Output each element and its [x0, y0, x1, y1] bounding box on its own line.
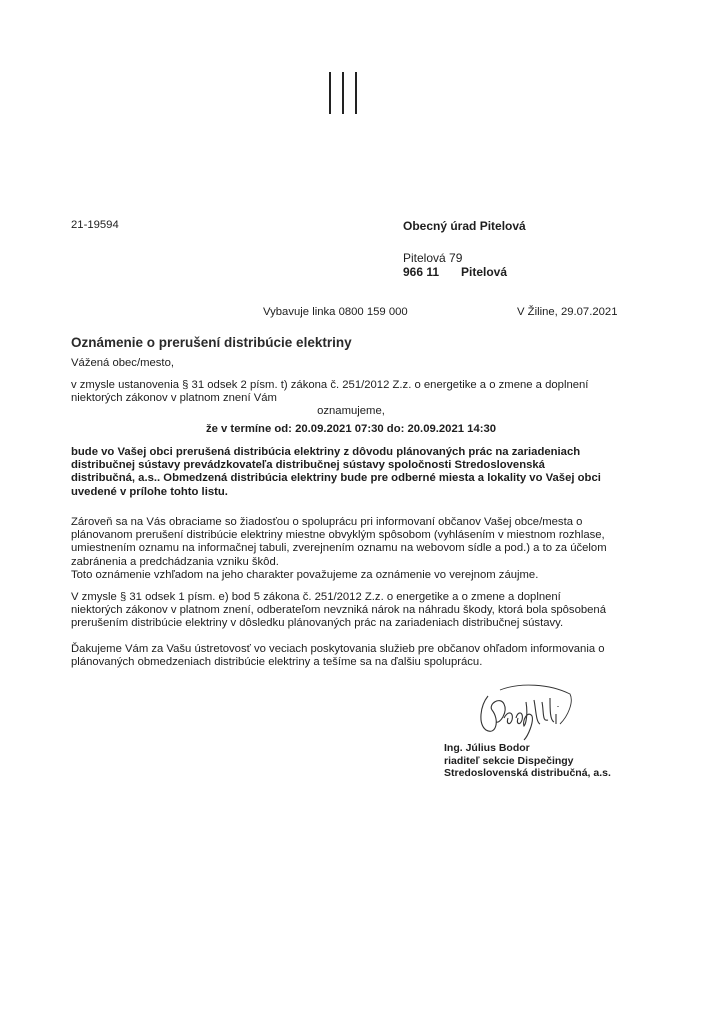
cooperation-paragraph: Zároveň sa na Vás obraciame so žiadosťou…	[71, 516, 631, 582]
announce-text: oznamujeme,	[71, 405, 631, 417]
salutation: Vážená obec/mesto,	[71, 357, 174, 369]
signatory-name: Ing. Július Bodor	[444, 742, 611, 755]
signatory-block: Ing. Július Bodor riaditeľ sekcie Dispeč…	[444, 742, 611, 780]
outage-term: že v termíne od: 20.09.2021 07:30 do: 20…	[71, 423, 631, 435]
place-date: V Žiline, 29.07.2021	[517, 306, 618, 318]
outage-paragraph: bude vo Vašej obci prerušená distribúcia…	[71, 446, 631, 499]
signatory-position: riaditeľ sekcie Dispečingy	[444, 755, 611, 768]
recipient-street: Pitelová 79	[403, 251, 462, 265]
recipient-name: Obecný úrad Pitelová	[403, 219, 526, 233]
reference-number: 21-19594	[71, 219, 119, 231]
handled-by: Vybavuje linka 0800 159 000	[263, 306, 408, 318]
signature-icon	[470, 680, 580, 742]
barcode-icon	[329, 72, 359, 114]
thanks-paragraph: Ďakujeme Vám za Vašu ústretovosť vo veci…	[71, 643, 631, 669]
recipient-city: Pitelová	[461, 265, 507, 279]
signatory-company: Stredoslovenská distribučná, a.s.	[444, 767, 611, 780]
recipient-postal-code: 966 11	[403, 265, 439, 279]
liability-paragraph: V zmysle § 31 odsek 1 písm. e) bod 5 zák…	[71, 591, 631, 631]
document-title: Oznámenie o prerušení distribúcie elektr…	[71, 335, 352, 350]
intro-paragraph: v zmysle ustanovenia § 31 odsek 2 písm. …	[71, 379, 631, 405]
